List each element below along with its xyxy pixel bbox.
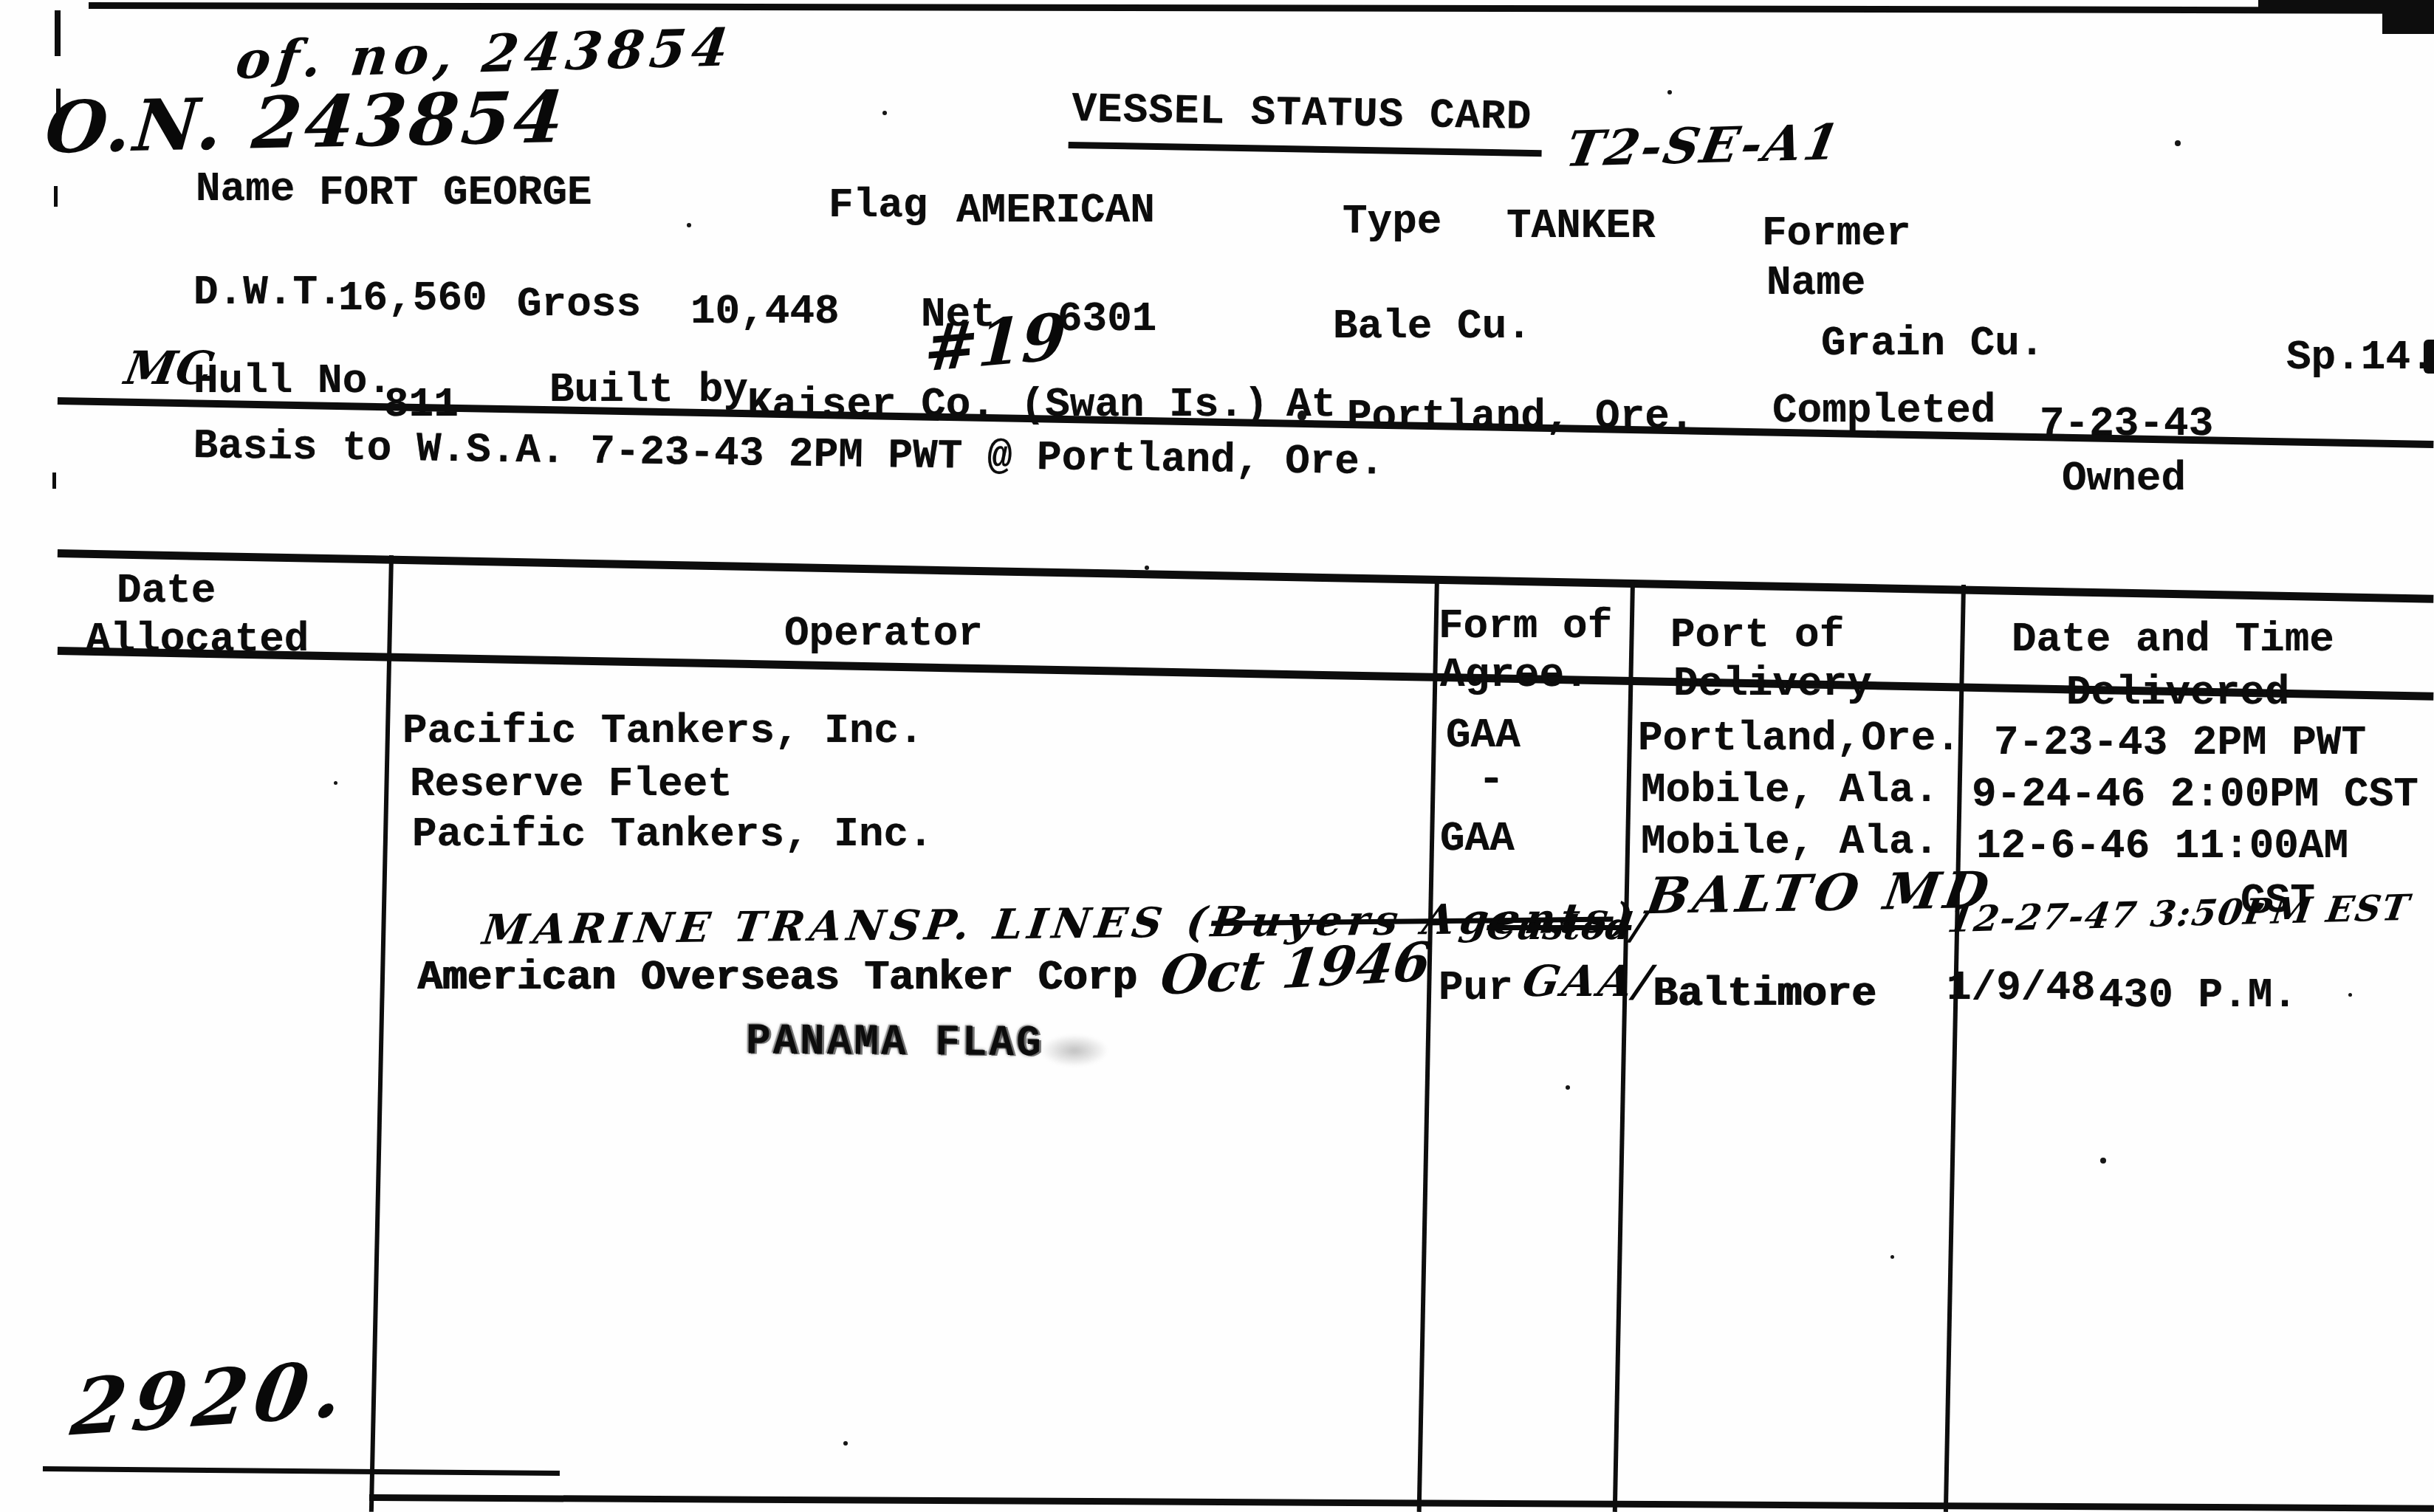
row5-operator: American Overseas Tanker Corp — [417, 957, 1137, 998]
row5-delivered-date: 1/9/48 — [1947, 967, 2096, 1008]
scan-speck — [2175, 140, 2181, 146]
bale-cu-label: Bale Cu. — [1333, 306, 1532, 347]
built-by-label: Built by — [549, 369, 748, 410]
handwritten-file-number: 2920. — [67, 1350, 355, 1446]
scan-left-edge-dash — [55, 10, 61, 56]
name-value: FORT GEORGE — [319, 172, 592, 213]
header-operator: Operator — [784, 613, 983, 654]
panama-flag-stamp: PANAMA FLAG — [746, 1020, 1043, 1065]
scan-speck — [1297, 410, 1306, 421]
row4-agree-value: GAA — [1519, 956, 1640, 1006]
row4-delivered: 12-27-47 3:50PM EST — [1946, 890, 2413, 938]
flag-label: Flag — [829, 185, 928, 226]
header-form-of-agree-line1: Form of — [1439, 605, 1612, 647]
row3-port: Mobile, Ala. — [1641, 821, 1938, 862]
basis-line: Basis to W.S.A. 7-23-43 2PM PWT @ Portla… — [193, 425, 1385, 484]
type-label: Type — [1343, 201, 1441, 242]
table-vline-operator-agree — [1417, 576, 1439, 1512]
table-top-border — [58, 549, 2434, 603]
scan-top-edge-line — [89, 2, 2434, 14]
row5-agree: Pur — [1439, 967, 1513, 1008]
row4-port: BALTO MD — [1643, 865, 1997, 921]
scan-speck — [687, 223, 691, 227]
grain-cu-label: Grain Cu. — [1821, 323, 2044, 364]
row1-operator: Pacific Tankers, Inc. — [402, 710, 924, 752]
row5-operator-note: Oct 1946 — [1158, 935, 1434, 1003]
row3-operator: Pacific Tankers, Inc. — [412, 814, 933, 855]
page-title: VESSEL STATUS CARD — [1069, 89, 1543, 157]
scan-speck — [882, 111, 887, 115]
table-vline-allocated-operator — [369, 555, 394, 1512]
dwt-label: D.W.T. — [193, 272, 343, 313]
scan-speck — [1145, 566, 1149, 570]
row1-delivered: 7-23-43 2PM PWT — [1994, 722, 2366, 763]
scan-left-edge-dash — [54, 186, 58, 207]
bottom-left-line — [43, 1466, 560, 1476]
scan-corner-blob-2 — [2382, 0, 2434, 34]
clipped-glyph — [2424, 340, 2434, 374]
net-value: 6301 — [1057, 298, 1156, 340]
row2-port: Mobile, Ala. — [1641, 769, 1938, 811]
name-label: Name — [196, 168, 295, 210]
handwritten-official-number: O.N. 243854 — [43, 82, 569, 164]
row2-operator: Reserve Fleet — [410, 763, 733, 805]
header-port-of-delivery-line1: Port of — [1670, 614, 1844, 656]
table-bottom-border — [369, 1494, 2434, 1512]
gross-label: Gross — [517, 283, 641, 325]
handwritten-type-code: T2-SE-A1 — [1563, 117, 1845, 173]
scan-speck — [1667, 90, 1672, 94]
row1-port: Portland,Ore. — [1638, 718, 1961, 759]
handwritten-hull-annotation: #19 — [923, 305, 1068, 381]
scan-speck — [1566, 1085, 1570, 1090]
header-date-time-delivered-line1: Date and Time — [2012, 619, 2334, 660]
row2-delivered: 9-24-46 2:00PM CST — [1972, 774, 2418, 815]
scan-left-edge-dash — [52, 472, 56, 489]
row4-operator-prefix: MARINE TRANSP. LINES ( — [480, 898, 1215, 954]
flag-value: AMERICAN — [956, 190, 1155, 231]
row1-agree: GAA — [1446, 715, 1521, 756]
scan-speck — [521, 176, 527, 182]
scan-speck — [2348, 993, 2352, 997]
row3-agree: GAA — [1440, 818, 1515, 859]
scan-speck — [2100, 1158, 2106, 1164]
table-vline-agree-port — [1613, 580, 1635, 1512]
row3-delivered: 12-6-46 11:00AM — [1976, 825, 2348, 867]
row5-port: Baltimore — [1653, 973, 1876, 1014]
former-name-label-line2: Name — [1766, 262, 1865, 303]
at-label: At — [1286, 384, 1336, 425]
header-date-allocated-line1: Date — [117, 570, 216, 611]
header-date-allocated-line2: Allocated — [86, 619, 309, 660]
hull-no-label: Hull No. — [193, 360, 392, 402]
type-value: TANKER — [1506, 205, 1656, 247]
row2-agree: - — [1478, 759, 1504, 800]
header-date-time-delivered-line2: Delivered — [2066, 672, 2289, 713]
scan-speck — [843, 1441, 848, 1446]
completed-label: Completed — [1772, 390, 1995, 431]
dwt-value: 16,560 — [338, 278, 487, 319]
scan-speck — [1890, 1255, 1894, 1259]
former-name-label-line1: Former — [1762, 213, 1911, 254]
vessel-status-card-scan: of. no, 243854 O.N. 243854 VESSEL STATUS… — [0, 0, 2434, 1512]
owned-label: Owned — [2062, 458, 2186, 499]
scan-speck — [334, 781, 337, 785]
header-port-of-delivery-line2: Delivery — [1673, 663, 1872, 704]
stamp-smear — [1026, 1028, 1122, 1073]
row5-delivered-time: 430 P.M. — [2099, 975, 2297, 1016]
gross-value: 10,448 — [690, 291, 840, 332]
sp-label: Sp.14. — [2286, 337, 2434, 378]
header-form-of-agree-line2: Agree. — [1440, 654, 1589, 695]
